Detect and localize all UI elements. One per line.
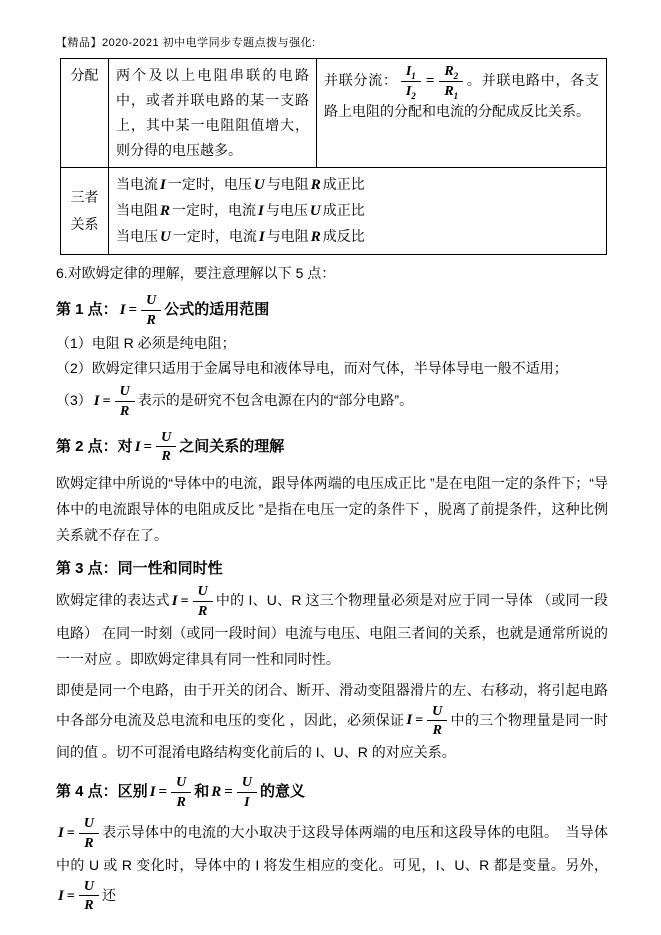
row-label-distribution: 分配 — [61, 59, 109, 168]
point-3-heading: 第 3 点：同一性和同时性 — [56, 557, 608, 578]
table-row-relation: 三者关系 当电流I一定时，电压U与电阻R成正比 当电阻R一定时，电流I与电压U成… — [61, 168, 607, 255]
doc-header-title: 【精品】2020-2021 初中电学同步专题点拨与强化: — [56, 34, 608, 50]
relation-cell: 当电流I一定时，电压U与电阻R成正比 当电阻R一定时，电流I与电压U成正比 当电… — [109, 168, 607, 255]
relation-line: 当电压U一定时，电流I与电阻R成反比 — [116, 224, 599, 250]
point-4-heading: 第 4 点：区别I=UR和R=UI的意义 — [56, 774, 608, 810]
summary-table: 分配 两个及以上电阻串联的电路中，或者并联电路的某一支路上，其中某一电阻阻值增大… — [60, 58, 607, 255]
document-page: 【精品】2020-2021 初中电学同步专题点拨与强化: 分配 两个及以上电阻串… — [0, 0, 661, 935]
point-1-item-1: （1）电阻 R 必须是纯电阻； — [56, 333, 608, 353]
point-3-paragraph-1: 欧姆定律的表达式I=UR中的 I、U、R 这三个物理量必须是对应于同一导体 （或… — [56, 583, 608, 671]
intro-line: 6.对欧姆定律的理解，要注意理解以下 5 点： — [56, 263, 608, 283]
table-row-distribution: 分配 两个及以上电阻串联的电路中，或者并联电路的某一支路上，其中某一电阻阻值增大… — [61, 59, 607, 168]
point-4-paragraph: I=UR表示导体中的电流的大小取决于这段导体两端的电压和这段导体的电阻。 当导体… — [56, 815, 608, 914]
point-1-item-2: （2）欧姆定律只适用于金属导电和液体导电，而对气体，半导体导电一般不适用； — [56, 358, 608, 378]
point-1-item-3: （3）I=UR表示的是研究不包含电源在内的“部分电路”。 — [56, 383, 608, 419]
relation-line: 当电流I一定时，电压U与电阻R成正比 — [116, 172, 599, 198]
point-3-paragraph-2: 即使是同一个电路，由于开关的闭合、断开、滑动变阻器滑片的左、右移动，将引起电路中… — [56, 677, 608, 765]
series-distribution-cell: 两个及以上电阻串联的电路中，或者并联电路的某一支路上，其中某一电阻阻值增大，则分… — [109, 59, 317, 168]
point-1-heading: 第 1 点：I=UR公式的适用范围 — [56, 292, 608, 328]
point-2-paragraph: 欧姆定律中所说的“导体中的电流，跟导体两端的电压成正比 ”是在电阻一定的条件下；… — [56, 470, 608, 548]
relation-line: 当电阻R一定时，电流I与电压U成正比 — [116, 198, 599, 224]
parallel-distribution-cell: 并联分流：I1I2=R2R1。并联电路中，各支路上电阻的分配和电流的分配成反比关… — [317, 59, 607, 168]
point-2-heading: 第 2 点：对I=UR之间关系的理解 — [56, 429, 608, 465]
row-label-relation: 三者关系 — [61, 168, 109, 255]
